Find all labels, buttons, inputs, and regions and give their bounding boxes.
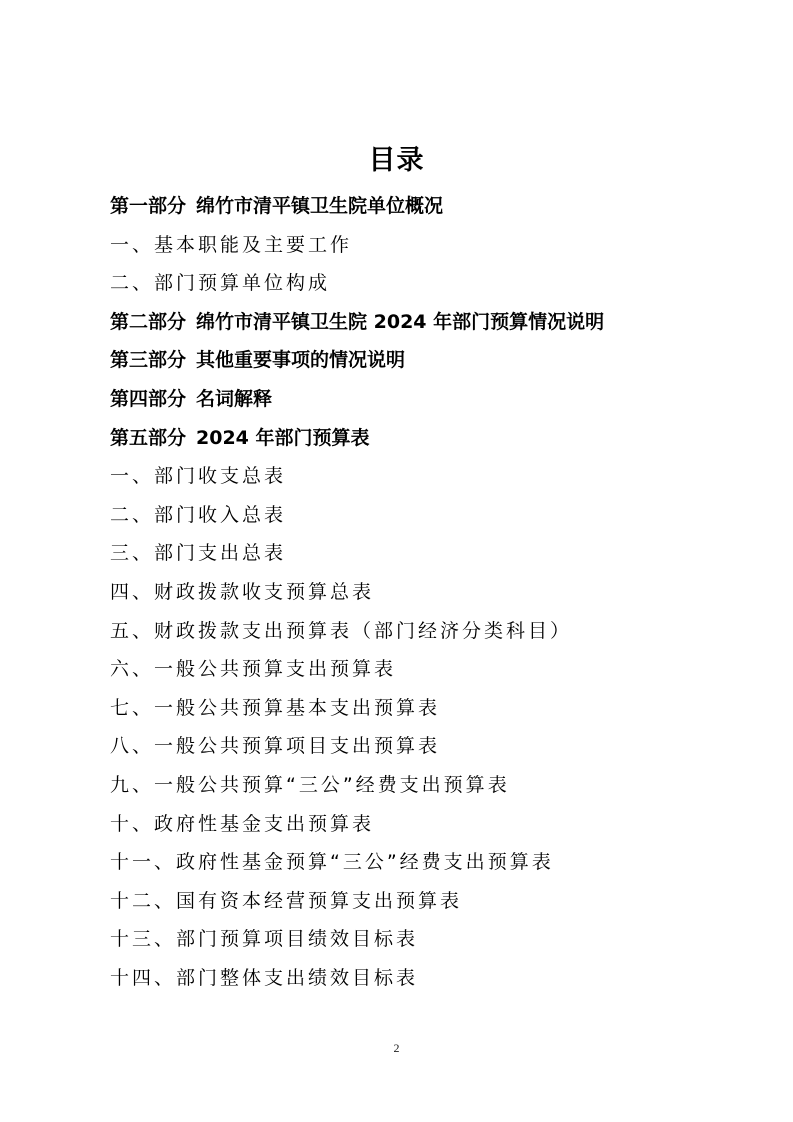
toc-item-part-5[interactable]: 第五部分2024 年部门预算表 bbox=[110, 419, 604, 458]
toc-item-part-1[interactable]: 第一部分绵竹市清平镇卫生院单位概况 bbox=[110, 187, 604, 226]
toc-item[interactable]: 五、财政拨款支出预算表（部门经济分类科目） bbox=[110, 612, 604, 651]
toc-title: 目录 bbox=[0, 143, 793, 179]
toc-item[interactable]: 九、一般公共预算“三公”经费支出预算表 bbox=[110, 766, 604, 805]
toc-part-title: 2024 年部门预算表 bbox=[196, 427, 370, 449]
toc-item[interactable]: 十二、国有资本经营预算支出预算表 bbox=[110, 882, 604, 921]
toc-part-label: 第三部分 bbox=[110, 349, 186, 371]
toc-item[interactable]: 十一、政府性基金预算“三公”经费支出预算表 bbox=[110, 843, 604, 882]
toc-part-label: 第一部分 bbox=[110, 195, 186, 217]
toc-item[interactable]: 四、财政拨款收支预算总表 bbox=[110, 573, 604, 612]
toc-item[interactable]: 七、一般公共预算基本支出预算表 bbox=[110, 689, 604, 728]
toc-item[interactable]: 二、部门收入总表 bbox=[110, 496, 604, 535]
toc-item[interactable]: 十四、部门整体支出绩效目标表 bbox=[110, 959, 604, 998]
toc-part-title: 其他重要事项的情况说明 bbox=[196, 349, 405, 371]
toc-item[interactable]: 十三、部门预算项目绩效目标表 bbox=[110, 920, 604, 959]
toc-item[interactable]: 一、基本职能及主要工作 bbox=[110, 226, 604, 265]
page-number: 2 bbox=[0, 1041, 793, 1056]
toc-part-title: 名词解释 bbox=[196, 388, 272, 410]
toc-part-title: 绵竹市清平镇卫生院 2024 年部门预算情况说明 bbox=[196, 311, 604, 333]
document-page: 目录 第一部分绵竹市清平镇卫生院单位概况 一、基本职能及主要工作 二、部门预算单… bbox=[0, 0, 793, 1122]
toc-part-title: 绵竹市清平镇卫生院单位概况 bbox=[196, 195, 443, 217]
toc-item[interactable]: 三、部门支出总表 bbox=[110, 534, 604, 573]
toc-item-part-2[interactable]: 第二部分绵竹市清平镇卫生院 2024 年部门预算情况说明 bbox=[110, 303, 604, 342]
toc-item-part-3[interactable]: 第三部分其他重要事项的情况说明 bbox=[110, 341, 604, 380]
toc-item[interactable]: 六、一般公共预算支出预算表 bbox=[110, 650, 604, 689]
toc-item-part-4[interactable]: 第四部分名词解释 bbox=[110, 380, 604, 419]
toc-item[interactable]: 八、一般公共预算项目支出预算表 bbox=[110, 727, 604, 766]
table-of-contents: 第一部分绵竹市清平镇卫生院单位概况 一、基本职能及主要工作 二、部门预算单位构成… bbox=[110, 187, 604, 997]
toc-part-label: 第五部分 bbox=[110, 427, 186, 449]
toc-item[interactable]: 十、政府性基金支出预算表 bbox=[110, 805, 604, 844]
toc-item[interactable]: 一、部门收支总表 bbox=[110, 457, 604, 496]
toc-item[interactable]: 二、部门预算单位构成 bbox=[110, 264, 604, 303]
toc-part-label: 第二部分 bbox=[110, 311, 186, 333]
toc-part-label: 第四部分 bbox=[110, 388, 186, 410]
